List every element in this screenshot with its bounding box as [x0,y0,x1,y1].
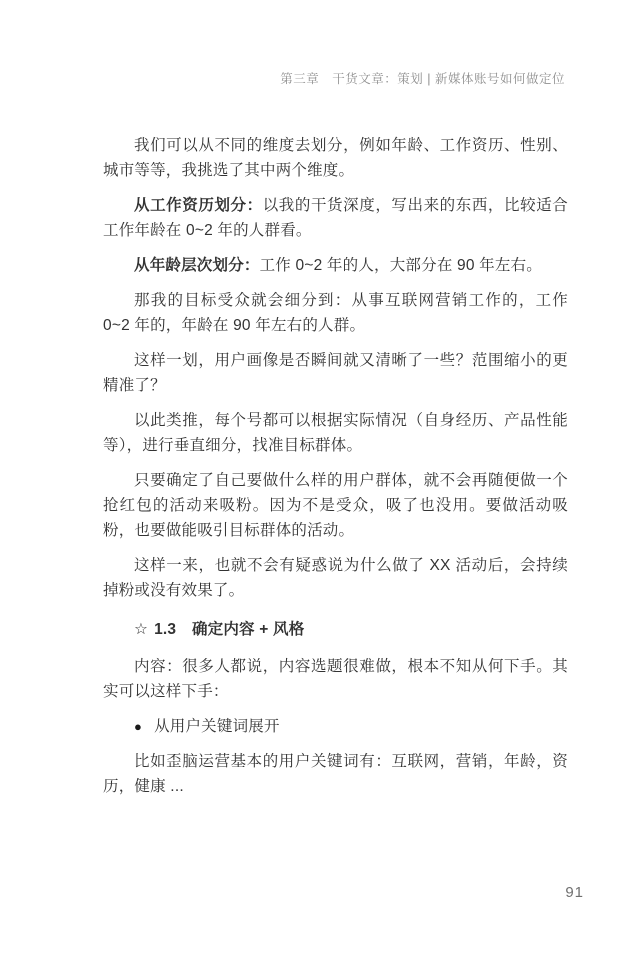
text-segment: 我们可以从不同的维度去划分，例如年龄、工作资历、性别、城市等等，我挑选了其中两个… [103,137,568,179]
text-segment: 只要确定了自己要做什么样的用户群体，就不会再随便做一个抢红包的活动来吸粉。因为不… [103,472,568,539]
body-paragraph: 只要确定了自己要做什么样的用户群体，就不会再随便做一个抢红包的活动来吸粉。因为不… [103,468,568,543]
text-segment: 1.3 确定内容 + 风格 [154,621,304,638]
text-segment: 内容：很多人都说，内容选题很难做，根本不知从何下手。其实可以这样下手： [103,658,568,700]
text-segment: 比如歪脑运营基本的用户关键词有：互联网，营销，年龄，资历，健康 ... [103,753,568,795]
text-segment: 那我的目标受众就会细分到：从事互联网营销工作的，工作 0~2 年的，年龄在 90… [103,292,568,334]
page-number: 91 [565,883,584,903]
body-paragraph: 以此类推，每个号都可以根据实际情况（自身经历、产品性能等），进行垂直细分，找准目… [103,408,568,458]
text-segment: 从用户关键词展开 [154,718,280,735]
body-paragraph: 从工作资历划分：以我的干货深度，写出来的东西，比较适合工作年龄在 0~2 年的人… [103,193,568,243]
running-header: 第三章 干货文章：策划 | 新媒体账号如何做定位 [280,70,565,88]
text-segment: 从年龄层次划分： [134,257,260,274]
star-icon: ☆ [134,621,148,638]
text-segment: 工作 0~2 年的人，大部分在 90 年左右。 [260,257,542,274]
content-area: 我们可以从不同的维度去划分，例如年龄、工作资历、性别、城市等等，我挑选了其中两个… [103,133,568,809]
text-segment: 这样一划，用户画像是否瞬间就又清晰了一些？范围缩小的更精准了？ [103,352,568,394]
body-paragraph: 那我的目标受众就会细分到：从事互联网营销工作的，工作 0~2 年的，年龄在 90… [103,288,568,338]
book-page: 第三章 干货文章：策划 | 新媒体账号如何做定位 我们可以从不同的维度去划分，例… [0,0,640,960]
body-paragraph: 从年龄层次划分：工作 0~2 年的人，大部分在 90 年左右。 [103,253,568,278]
section-heading: ☆1.3 确定内容 + 风格 [103,617,568,642]
body-paragraph: 内容：很多人都说，内容选题很难做，根本不知从何下手。其实可以这样下手： [103,654,568,704]
text-segment: 从工作资历划分： [134,197,263,214]
body-paragraph: 我们可以从不同的维度去划分，例如年龄、工作资历、性别、城市等等，我挑选了其中两个… [103,133,568,183]
bullet-item: ●从用户关键词展开 [103,714,568,739]
bullet-icon: ● [134,719,142,734]
text-segment: 这样一来，也就不会有疑惑说为什么做了 XX 活动后，会持续掉粉或没有效果了。 [103,557,568,599]
body-paragraph: 这样一来，也就不会有疑惑说为什么做了 XX 活动后，会持续掉粉或没有效果了。 [103,553,568,603]
text-segment: 以此类推，每个号都可以根据实际情况（自身经历、产品性能等），进行垂直细分，找准目… [103,412,568,454]
body-paragraph: 比如歪脑运营基本的用户关键词有：互联网，营销，年龄，资历，健康 ... [103,749,568,799]
body-paragraph: 这样一划，用户画像是否瞬间就又清晰了一些？范围缩小的更精准了？ [103,348,568,398]
